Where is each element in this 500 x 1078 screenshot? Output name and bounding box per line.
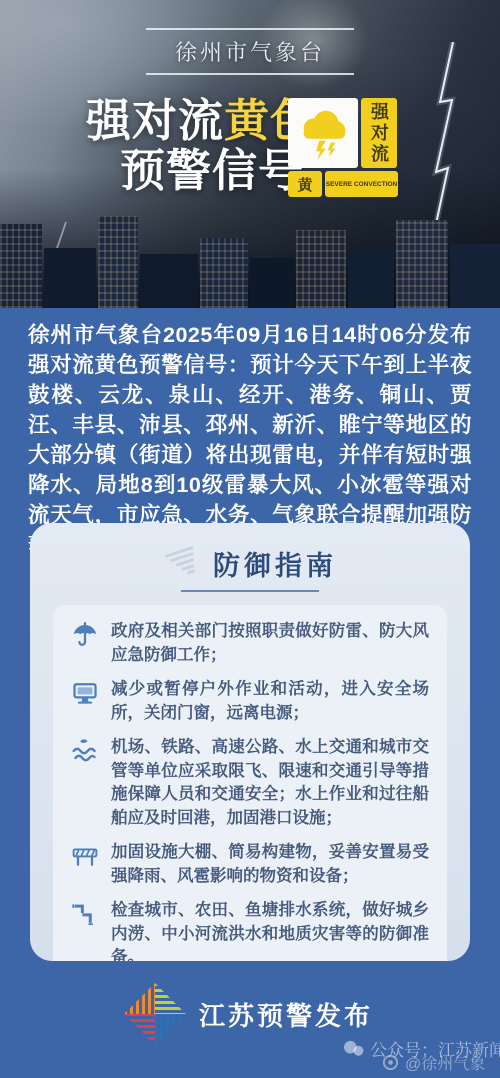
wechat-icon [342, 1040, 364, 1058]
badge-english-label: SEVERE CONVECTION [325, 171, 398, 197]
guide-item: 机场、铁路、高速公路、水上交通和城市交管等单位应采取限飞、限速和交通引导等措施保… [71, 736, 429, 830]
building-silhouette [0, 224, 42, 308]
building-silhouette [296, 230, 346, 308]
alert-type-text: 强对流 [86, 95, 224, 146]
defense-guide-card: 防御指南 政府及相关部门按照职责做好防雷、防大风应急防御工作； 减少或暂停户外作… [30, 523, 470, 961]
badge-type-vertical: 强对流 [361, 98, 397, 168]
guide-item-text: 减少或暂停户外作业和活动，进入安全场所，关闭门窗，远离电源； [111, 678, 429, 725]
footer-brand: 江苏预警发布 [0, 986, 500, 1042]
barrier-icon [71, 842, 99, 870]
building-silhouette [200, 238, 248, 308]
guide-item: 政府及相关部门按照职责做好防雷、防大风应急防御工作； [71, 620, 429, 667]
weibo-watermark: @徐州气象 [382, 1051, 485, 1074]
monitor-icon [71, 679, 99, 707]
guide-item: 减少或暂停户外作业和活动，进入安全场所，关闭门窗，远离电源； [71, 678, 429, 725]
tornado-icon [163, 543, 203, 583]
building-silhouette [250, 258, 294, 308]
guide-underline [181, 590, 319, 592]
building-silhouette [348, 250, 394, 308]
footer-brand-text: 江苏预警发布 [199, 996, 373, 1033]
umbrella-icon [71, 621, 99, 649]
building-silhouette [140, 254, 198, 308]
guide-item-text: 加固设施大棚、简易构建物，妥善安置易受强降雨、风雹影响的物资和设备； [111, 841, 429, 888]
guide-item-text: 检查城市、农田、鱼塘排水系统，做好城乡内涝、中小河流洪水和地质灾害等的防御准备。 [111, 899, 429, 961]
building-silhouette [98, 216, 138, 308]
city-skyline [0, 213, 500, 308]
divider-line [146, 28, 354, 30]
weibo-icon [382, 1054, 399, 1071]
guide-title: 防御指南 [213, 544, 337, 583]
weibo-watermark-text: @徐州气象 [405, 1051, 485, 1074]
ship-waves-icon [71, 737, 99, 765]
guide-list: 政府及相关部门按照职责做好防雷、防大风应急防御工作； 减少或暂停户外作业和活动，… [53, 605, 447, 961]
guide-item-text: 政府及相关部门按照职责做好防雷、防大风应急防御工作； [111, 620, 429, 667]
badge-level-char: 黄 [288, 171, 322, 197]
guide-item-text: 机场、铁路、高速公路、水上交通和城市交管等单位应采取限飞、限速和交通引导等措施保… [111, 736, 429, 830]
building-silhouette [450, 244, 500, 308]
drain-pipes-icon [71, 900, 99, 928]
warning-badge: 强对流 黄 SEVERE CONVECTION [288, 98, 398, 200]
guide-item: 加固设施大棚、简易构建物，妥善安置易受强降雨、风雹影响的物资和设备； [71, 841, 429, 888]
alert-title: 强对流黄色 预警信号 [86, 96, 316, 196]
jiangsu-alert-logo-icon [127, 986, 183, 1042]
building-silhouette [396, 220, 448, 308]
divider-line [146, 73, 354, 75]
guide-item: 检查城市、农田、鱼塘排水系统，做好城乡内涝、中小河流洪水和地质灾害等的防御准备。 [71, 899, 429, 961]
alert-signal-text: 预警信号 [86, 146, 316, 196]
guide-header: 防御指南 [30, 543, 470, 583]
station-name: 徐州市气象台 [175, 36, 325, 67]
storm-cloud-lightning-icon [288, 98, 358, 168]
station-header: 徐州市气象台 [0, 28, 500, 75]
building-silhouette [44, 248, 96, 308]
